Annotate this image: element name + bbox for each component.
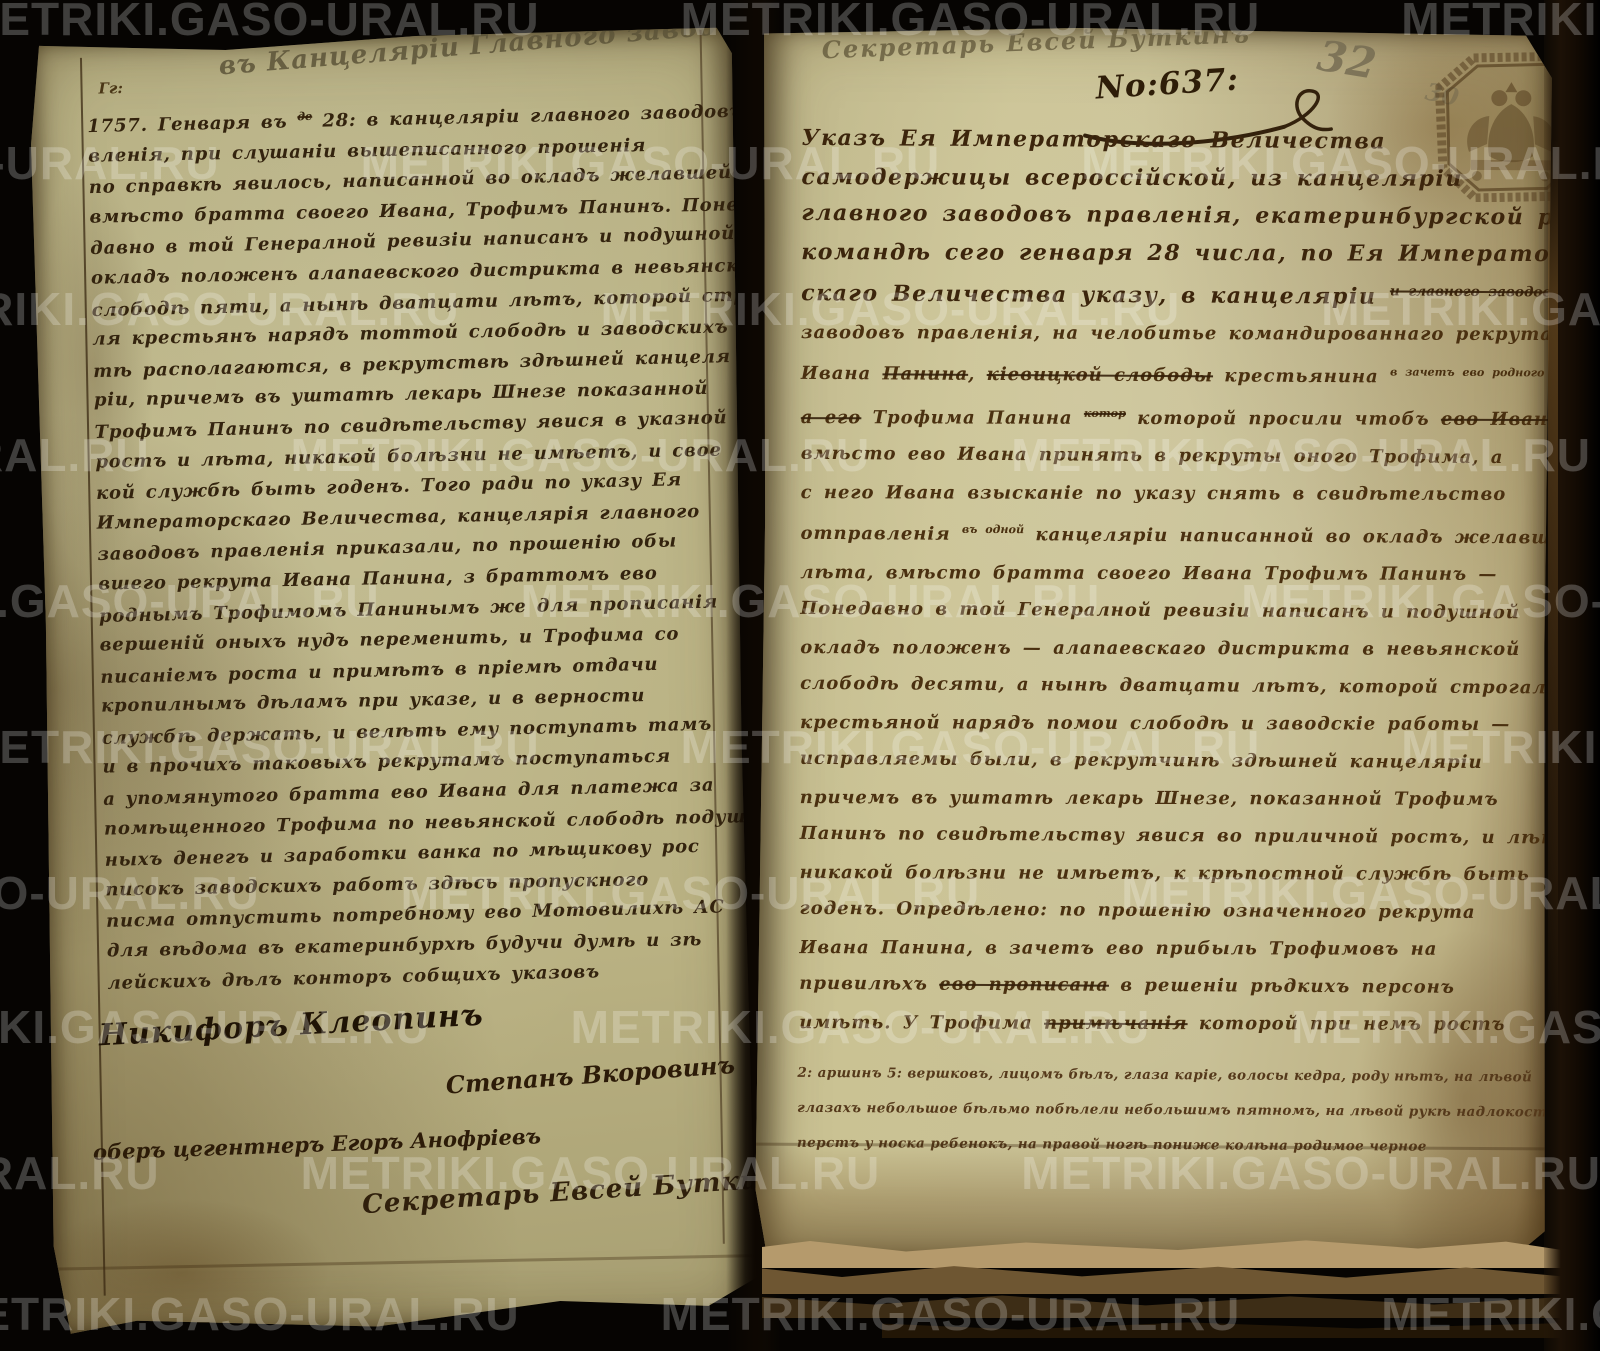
- page-number: 32: [1314, 31, 1380, 89]
- manuscript-line: Панинъ по свидѣтельству явися во приличн…: [800, 815, 1518, 857]
- manuscript-line: окладъ положенъ — алапаевскаго дистрикта…: [800, 629, 1518, 668]
- manuscript-line: заводовъ правленія, на челобитье команди…: [801, 314, 1519, 353]
- signature-ober-zehntner: оберъ цегентнеръ Егоръ Анофріевъ: [93, 1123, 542, 1164]
- manuscript-line: привилѣхъ ево прописана в решеніи рѣдких…: [799, 965, 1517, 1007]
- manuscript-line: причемъ въ уштатѣ лекарь Шнезе, показанн…: [800, 779, 1518, 818]
- manuscript-line: исправляемы были, в рекрутчинѣ здѣшней к…: [800, 740, 1518, 782]
- manuscript-line: крестьяной нарядъ помои слободѣ и заводс…: [800, 704, 1518, 743]
- page-stack-edges: [762, 1238, 1562, 1351]
- manuscript-line: командѣ сего генваря 28 числа, по Ея Имп…: [801, 234, 1519, 273]
- manuscript-line: с него Ивана взысканіе по указу снять в …: [801, 474, 1519, 513]
- manuscript-line: отправленія въ одной канцеляріи написанн…: [800, 510, 1518, 557]
- signature-stepan: Степанъ Вкоровинъ: [445, 1050, 736, 1100]
- manuscript-line: а его Трофима Панина котор которой проси…: [801, 394, 1519, 438]
- manuscript-line: никакой болѣзни не имѣетъ, к крѣпостной …: [800, 854, 1518, 893]
- paper-crease: [51, 1254, 757, 1271]
- manuscript-line: 2: аршинъ 5: вершковъ, лицомъ бѣлъ, глаз…: [797, 1056, 1517, 1095]
- archival-scan: Гг: въ Канцеляріи Главного заводовъ прав…: [0, 0, 1600, 1351]
- manuscript-line: Ивана Панина, в зачетъ ево прибыль Трофи…: [799, 929, 1517, 968]
- manuscript-line: Указъ Ея Императорскаго Величества: [801, 120, 1519, 162]
- corner-mark: Гг:: [98, 79, 123, 97]
- manuscript-line: слободѣ десяти, а нынѣ дватцати лѣтъ, ко…: [800, 665, 1518, 707]
- manuscript-line: скаго Величества указу, в канцеляріи и г…: [801, 270, 1519, 317]
- manuscript-line: самодержицы всероссійской, из канцеляріи: [801, 159, 1519, 198]
- right-page-text: Указъ Ея Императорскаго Величествасамоде…: [799, 121, 1519, 1043]
- manuscript-line: главного заводовъ правленія, екатеринбур…: [801, 195, 1519, 237]
- manuscript-line: годенъ. Опредѣлено: по прошенію означенн…: [799, 890, 1517, 932]
- right-page-header: Секретарь Евсей Буткинъ: [821, 19, 1251, 64]
- manuscript-line: вмѣсто ево Ивана принять в рекруты оного…: [801, 435, 1519, 477]
- manuscript-line: Ивана Панина, кіевицкой слободы крестьян…: [801, 350, 1519, 397]
- page-edge-strip: [762, 1238, 1562, 1268]
- manuscript-line: лѣта, вмѣсто братта своего Ивана Трофимъ…: [800, 554, 1518, 593]
- manuscript-line: имѣть. У Трофима примѣчанія которой при …: [799, 1004, 1517, 1043]
- left-page: Гг: въ Канцеляріи Главного заводовъ прав…: [28, 27, 759, 1336]
- signature-kleopin: Никифоръ Клеопинъ: [98, 998, 485, 1054]
- paper-stain: [30, 1195, 333, 1351]
- manuscript-line: глазахъ небольшое бѣльмо побѣлели неболь…: [797, 1091, 1517, 1130]
- right-binding-edge: [1544, 0, 1600, 1351]
- left-page-text: 1757. Генваря въ де 28: в канцеляріи гла…: [87, 92, 738, 999]
- manuscript-line: Понедавно в той Генералной ревизіи напис…: [800, 590, 1518, 632]
- right-page: Секретарь Евсей Буткинъ No:637: 32 30 Ук…: [754, 24, 1554, 1269]
